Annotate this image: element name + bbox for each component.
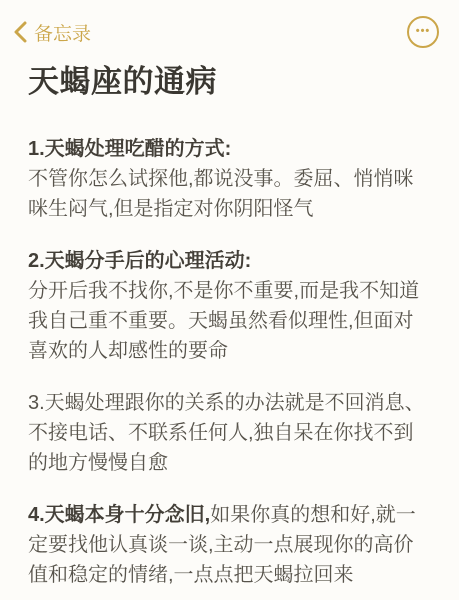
- note-section-4: 4.天蝎本身十分念旧,如果你真的想和好,就一定要找他认真谈一谈,主动一点展现你的…: [28, 500, 431, 590]
- note-title: 天蝎座的通病: [28, 63, 431, 102]
- ellipsis-icon: •••: [416, 26, 431, 37]
- note-section-3: 3.天蝎处理跟你的关系的办法就是不回消息、不接电话、不联系任何人,独自呆在你找不…: [28, 388, 431, 478]
- note-section-1: 1.天蝎处理吃醋的方式: 不管你怎么试探他,都说没事。委屈、悄悄咪咪生闷气,但是…: [28, 134, 431, 224]
- nav-bar: 备忘录 •••: [0, 0, 459, 50]
- section-4-lead: 4.天蝎本身十分念旧,: [28, 504, 210, 526]
- note-content[interactable]: 天蝎座的通病 1.天蝎处理吃醋的方式: 不管你怎么试探他,都说没事。委屈、悄悄咪…: [0, 63, 459, 590]
- section-3-body: 3.天蝎处理跟你的关系的办法就是不回消息、不接电话、不联系任何人,独自呆在你找不…: [28, 388, 431, 478]
- section-1-body: 不管你怎么试探他,都说没事。委屈、悄悄咪咪生闷气,但是指定对你阴阳怪气: [28, 164, 431, 224]
- notes-app: 备忘录 ••• 天蝎座的通病 1.天蝎处理吃醋的方式: 不管你怎么试探他,都说没…: [0, 0, 459, 600]
- section-2-body: 分开后我不找你,不是你不重要,而是我不知道我自己重不重要。天蝎虽然看似理性,但面…: [28, 276, 431, 366]
- section-1-heading: 1.天蝎处理吃醋的方式:: [28, 134, 431, 164]
- back-chevron-icon: [14, 21, 27, 43]
- more-button[interactable]: •••: [407, 16, 439, 48]
- back-button-label: 备忘录: [34, 19, 91, 46]
- back-button[interactable]: 备忘录: [14, 19, 91, 46]
- section-2-heading: 2.天蝎分手后的心理活动:: [28, 246, 431, 276]
- note-section-2: 2.天蝎分手后的心理活动: 分开后我不找你,不是你不重要,而是我不知道我自己重不…: [28, 246, 431, 366]
